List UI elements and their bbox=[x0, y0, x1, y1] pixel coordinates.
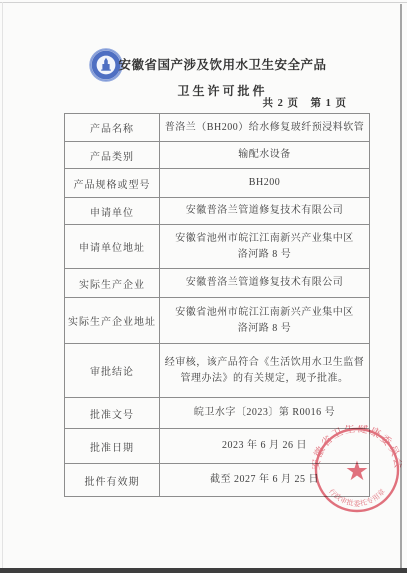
row-value: 安徽普洛兰管道修复技术有限公司 bbox=[160, 269, 370, 298]
row-label: 批准日期 bbox=[65, 429, 160, 464]
table-row: 申请单位地址 安徽省池州市皖江江南新兴产业集中区 洛河路 8 号 bbox=[65, 225, 370, 269]
row-value: 普洛兰（BH200）给水修复玻纤预浸料软管 bbox=[160, 114, 370, 142]
row-value: 经审核，该产品符合《生活饮用水卫生监督 管理办法》的有关规定，现予批准。 bbox=[160, 344, 370, 398]
row-label: 实际生产企业 bbox=[65, 269, 160, 298]
table-row: 申请单位 安徽普洛兰管道修复技术有限公司 bbox=[65, 198, 370, 225]
seal-star-icon: ★ bbox=[345, 456, 369, 486]
row-value: 输配水设备 bbox=[160, 142, 370, 169]
scanned-permit-page: 安徽省国产涉及饮用水卫生安全产品 卫生许可批件 共 2 页 第 1 页 产品名称… bbox=[0, 0, 407, 573]
row-label: 产品规格或型号 bbox=[65, 169, 160, 198]
row-value: 皖卫水字〔2023〕第 R0016 号 bbox=[160, 398, 370, 429]
row-label: 批件有效期 bbox=[65, 464, 160, 497]
row-label: 实际生产企业地址 bbox=[65, 298, 160, 344]
table-row: 产品规格或型号 BH200 bbox=[65, 169, 370, 198]
scan-edge-top bbox=[0, 2, 407, 3]
row-label: 申请单位 bbox=[65, 198, 160, 225]
row-value: 安徽省池州市皖江江南新兴产业集中区 洛河路 8 号 bbox=[160, 225, 370, 269]
row-value: 安徽省池州市皖江江南新兴产业集中区 洛河路 8 号 bbox=[160, 298, 370, 344]
row-value: BH200 bbox=[160, 169, 370, 198]
row-label: 产品名称 bbox=[65, 114, 160, 142]
row-label: 批准文号 bbox=[65, 398, 160, 429]
official-red-seal: 安徽省卫生健康委员会 行政审批委托专用章 ★ bbox=[312, 425, 402, 515]
row-label: 审批结论 bbox=[65, 344, 160, 398]
table-row: 产品名称 普洛兰（BH200）给水修复玻纤预浸料软管 bbox=[65, 114, 370, 142]
table-row: 实际生产企业地址 安徽省池州市皖江江南新兴产业集中区 洛河路 8 号 bbox=[65, 298, 370, 344]
scan-edge-bottom bbox=[0, 568, 407, 573]
page-indicator: 共 2 页 第 1 页 bbox=[263, 95, 348, 110]
row-value: 安徽普洛兰管道修复技术有限公司 bbox=[160, 198, 370, 225]
table-row: 实际生产企业 安徽普洛兰管道修复技术有限公司 bbox=[65, 269, 370, 298]
row-label: 申请单位地址 bbox=[65, 225, 160, 269]
document-title-line1: 安徽省国产涉及饮用水卫生安全产品 bbox=[100, 55, 345, 73]
scan-edge-left bbox=[2, 2, 3, 568]
document-header: 安徽省国产涉及饮用水卫生安全产品 卫生许可批件 bbox=[100, 55, 345, 99]
table-row: 审批结论 经审核，该产品符合《生活饮用水卫生监督 管理办法》的有关规定，现予批准… bbox=[65, 344, 370, 398]
table-row: 产品类别 输配水设备 bbox=[65, 142, 370, 169]
table-row: 批准文号 皖卫水字〔2023〕第 R0016 号 bbox=[65, 398, 370, 429]
row-label: 产品类别 bbox=[65, 142, 160, 169]
